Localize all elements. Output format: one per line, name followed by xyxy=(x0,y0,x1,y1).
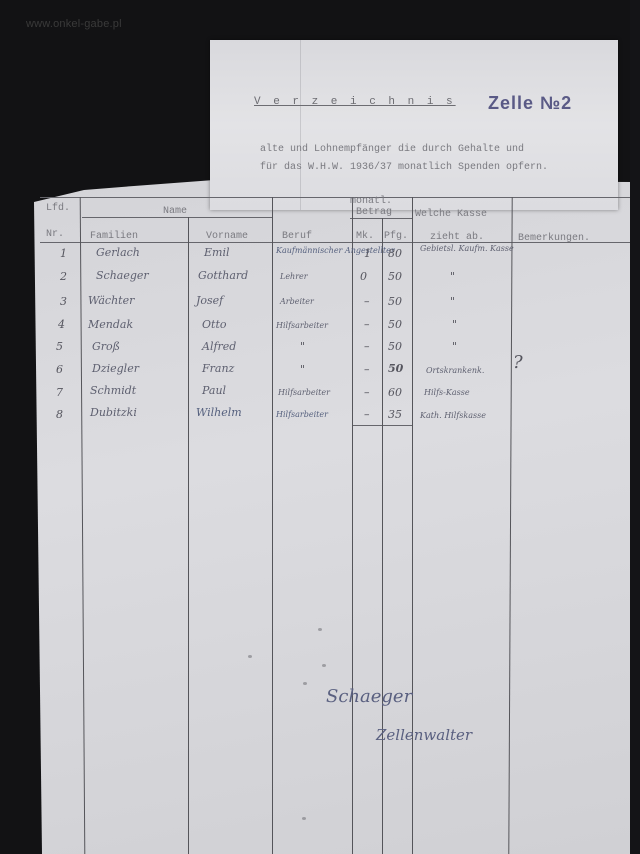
cell-number: Zelle №2 xyxy=(488,93,572,114)
row-beruf: " xyxy=(300,340,305,353)
row-nr: 6 xyxy=(56,363,63,376)
row-familien: Mendak xyxy=(88,318,133,331)
betrag-subrule xyxy=(350,218,412,219)
background-edge xyxy=(630,0,640,854)
col-divider xyxy=(272,197,273,854)
row-vorname: Paul xyxy=(202,384,226,397)
row-kasse: Gebietsl. Kaufm. Kasse xyxy=(420,244,514,253)
row-nr: 3 xyxy=(60,295,67,308)
row-vorname: Alfred xyxy=(202,340,236,353)
row-beruf: Lehrer xyxy=(280,272,308,281)
document-header-sheet xyxy=(210,40,618,210)
ink-stain xyxy=(303,682,307,685)
row-mk: – xyxy=(364,408,370,421)
row-mk: – xyxy=(364,363,370,376)
ink-stain xyxy=(318,628,322,631)
intro-line-2: für das W.H.W. 1936/37 monatlich Spenden… xyxy=(260,162,548,173)
header-familien: Familien xyxy=(90,231,138,242)
row-pfg: 50 xyxy=(388,362,403,375)
ink-stain xyxy=(248,655,252,658)
row-nr: 7 xyxy=(56,386,63,399)
row-mk: – xyxy=(364,295,370,308)
row-mk: – xyxy=(364,386,370,399)
header-name: Name xyxy=(163,206,187,217)
row-mk: – xyxy=(364,318,370,331)
row-beruf: Hilfsarbeiter xyxy=(278,388,330,397)
row-pfg: 50 xyxy=(388,295,402,308)
header-nr: Nr. xyxy=(46,229,64,240)
row-kasse: " xyxy=(450,270,455,283)
table-top-rule xyxy=(40,197,632,198)
row-nr: 8 xyxy=(56,408,63,421)
row-kasse: Kath. Hilfskasse xyxy=(420,411,486,420)
col-divider xyxy=(352,197,353,854)
row-familien: Schmidt xyxy=(90,384,136,397)
row-pfg: 50 xyxy=(388,318,402,331)
row-bemerkung: ? xyxy=(513,352,523,373)
row-familien: Wächter xyxy=(88,294,134,307)
row-mk: 0 xyxy=(360,270,367,283)
row-kasse: Ortskrankenk. xyxy=(426,366,484,375)
col-divider xyxy=(188,217,189,854)
col-divider xyxy=(382,218,383,854)
header-beruf: Beruf xyxy=(282,231,312,242)
row-beruf: Kaufmännischer Angestellter xyxy=(276,246,395,255)
row-kasse: " xyxy=(450,295,455,308)
header-mk: Mk. xyxy=(356,231,374,242)
row-familien: Schaeger xyxy=(96,269,149,282)
header-vorname: Vorname xyxy=(206,231,248,242)
row-beruf: Hilfsarbeiter xyxy=(276,410,328,419)
row-beruf: Hilfsarbeiter xyxy=(276,321,328,330)
ink-stain xyxy=(322,664,326,667)
row-nr: 5 xyxy=(56,340,63,353)
header-pfg: Pfg. xyxy=(384,231,408,242)
row-familien: Groß xyxy=(92,340,120,353)
row-vorname: Josef xyxy=(196,294,223,307)
row-pfg: 50 xyxy=(388,270,402,283)
row-pfg: 80 xyxy=(388,247,402,260)
row-vorname: Gotthard xyxy=(198,269,248,282)
header-monatl: monatl. xyxy=(350,196,392,207)
row-pfg: 50 xyxy=(388,340,402,353)
row-familien: Gerlach xyxy=(96,246,140,259)
row-vorname: Franz xyxy=(202,362,234,375)
row-nr: 4 xyxy=(58,318,65,331)
ink-stain xyxy=(302,817,306,820)
row-mk: 1 xyxy=(364,247,371,260)
row-kasse: " xyxy=(452,318,457,331)
row-kasse: Hilfs-Kasse xyxy=(424,388,470,397)
header-bemerkungen: Bemerkungen. xyxy=(518,233,590,244)
header-welche-kasse: Welche Kasse xyxy=(415,209,487,220)
watermark: www.onkel-gabe.pl xyxy=(26,18,122,30)
col-divider xyxy=(412,197,413,854)
row-beruf: " xyxy=(300,363,305,376)
header-zieht-ab: zieht ab. xyxy=(430,232,484,243)
row-pfg: 60 xyxy=(388,386,402,399)
row-familien: Dziegler xyxy=(92,362,139,375)
intro-line-1: alte und Lohnempfänger die durch Gehalte… xyxy=(260,144,524,155)
row-kasse: " xyxy=(452,340,457,353)
row-nr: 2 xyxy=(60,270,67,283)
name-subrule xyxy=(82,217,272,218)
header-betrag: Betrag xyxy=(356,207,392,218)
document-title: V e r z e i c h n i s xyxy=(254,96,456,108)
signature-name: Schaeger xyxy=(326,686,412,707)
row-vorname: Otto xyxy=(202,318,226,331)
row-familien: Dubitzki xyxy=(90,406,137,419)
row-vorname: Wilhelm xyxy=(196,406,242,419)
row-beruf: Arbeiter xyxy=(280,297,314,306)
row-pfg: 35 xyxy=(388,408,402,421)
row-mk: – xyxy=(364,340,370,353)
row-vorname: Emil xyxy=(204,246,230,259)
row-nr: 1 xyxy=(60,247,67,260)
signature-role: Zellenwalter xyxy=(376,726,472,744)
paper-fold xyxy=(300,40,301,210)
header-lfd: Lfd. xyxy=(46,203,70,214)
